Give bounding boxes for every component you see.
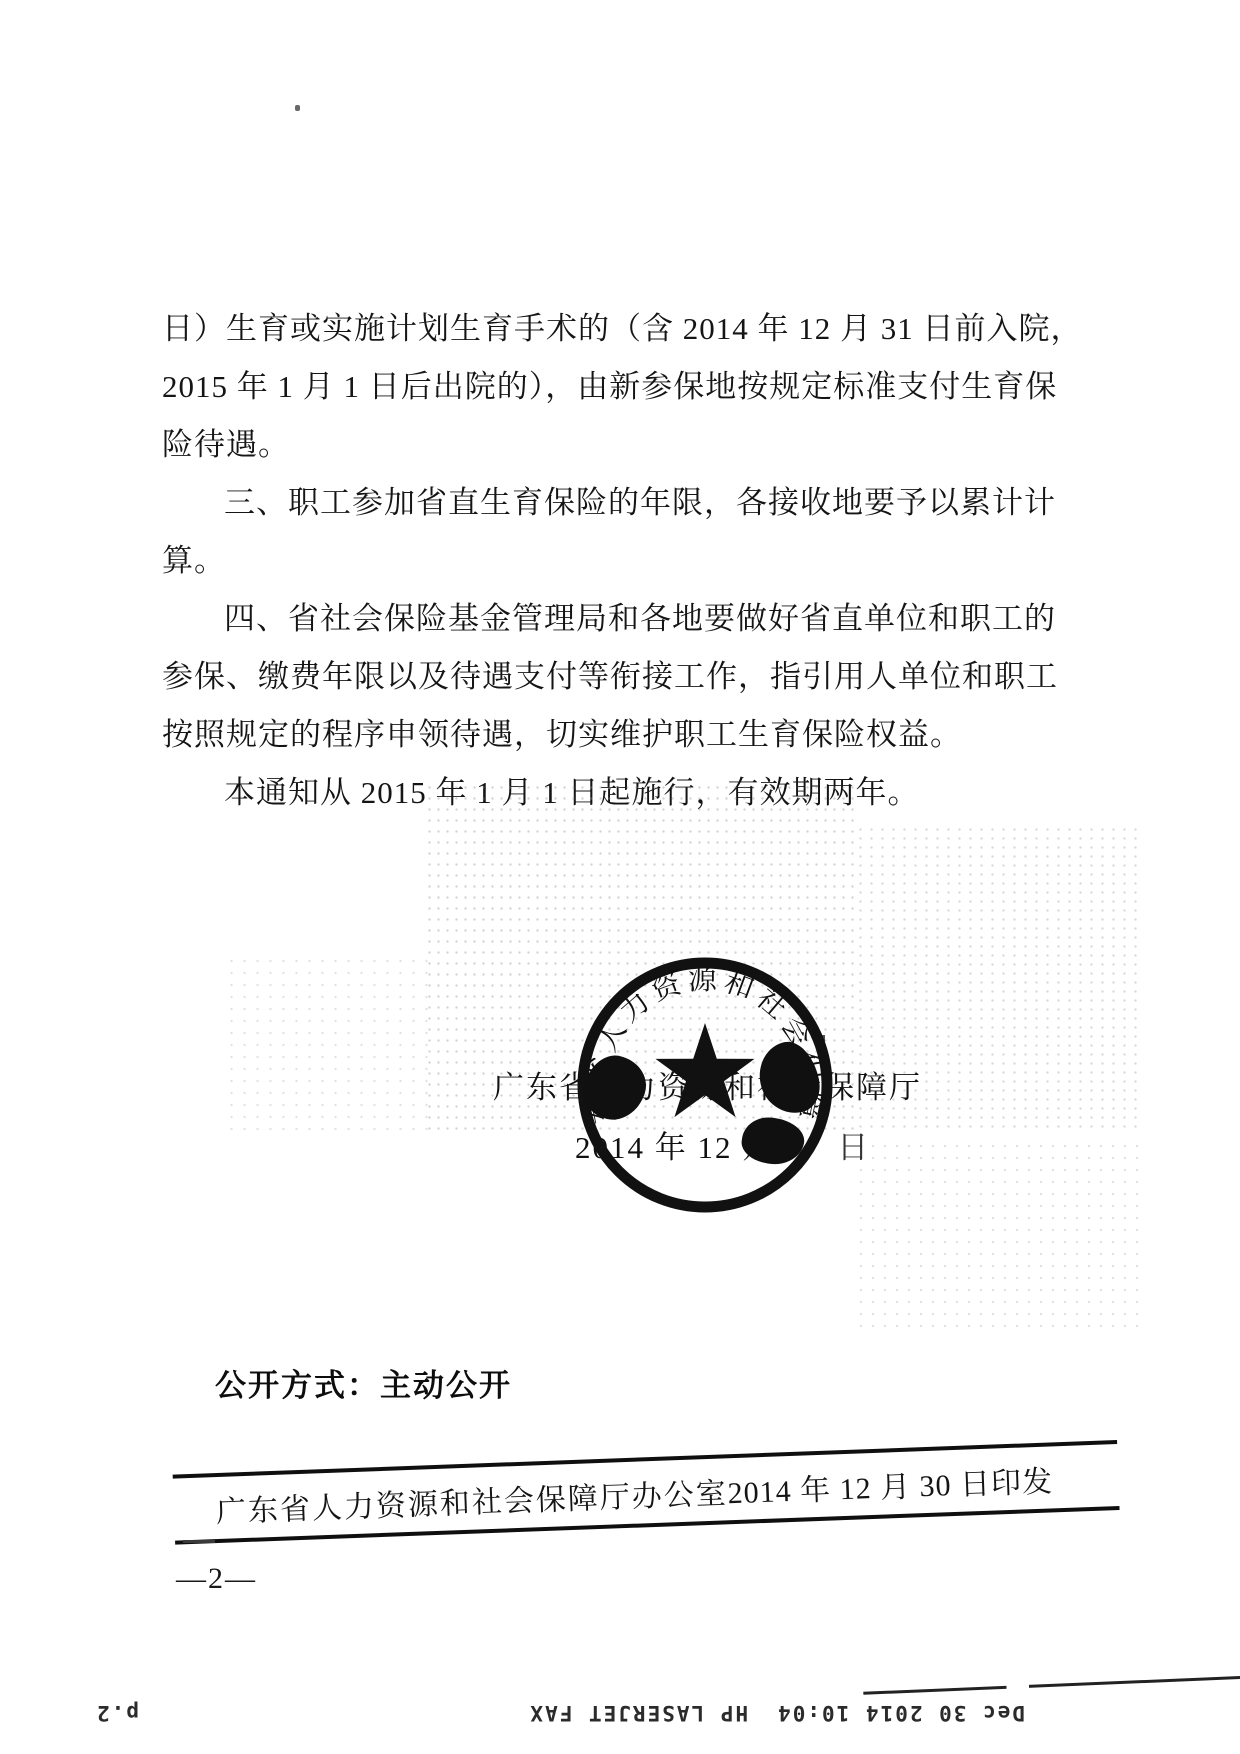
body-line: 参保、缴费年限以及待遇支付等衔接工作，指引用人单位和职工 <box>162 648 1077 706</box>
imprint-office: 广东省人力资源和社会保障厅办公室 <box>173 1468 728 1532</box>
page-number: —2— <box>176 1562 257 1596</box>
scan-speck <box>295 105 300 111</box>
fax-device: HP LASERJET FAX <box>528 1701 748 1725</box>
disclosure-label: 公开方式： <box>215 1368 380 1403</box>
body-line: 按照规定的程序申领待遇，切实维护职工生育保险权益。 <box>162 706 1077 764</box>
fax-rule-line <box>863 1676 1240 1695</box>
imprint-print-date: 2014 年 12 月 30 日印发 <box>727 1454 1132 1513</box>
body-line: 2015 年 1 月 1 日后出院的），由新参保地按规定标准支付生育保 <box>162 358 1077 416</box>
body-line: 日）生育或实施计划生育手术的（含 2014 年 12 月 31 日前入院， <box>162 300 1077 358</box>
signature-date-suffix: 日 <box>837 1122 870 1167</box>
body-line: 算。 <box>162 532 1077 590</box>
disclosure-line: 公开方式：主动公开 <box>215 1360 512 1405</box>
star-icon <box>656 1023 755 1117</box>
scan-mark <box>183 1540 215 1543</box>
fax-header: Dec 30 2014 10:04 HP LASERJET FAX p.2 <box>95 1698 1025 1728</box>
disclosure-value: 主动公开 <box>380 1368 512 1403</box>
fax-page-number: p.2 <box>95 1701 139 1725</box>
body-line: 险待遇。 <box>162 416 1077 474</box>
scan-noise-patch <box>855 1140 1140 1335</box>
body-line: 三、职工参加省直生育保险的年限，各接收地要予以累计计 <box>162 474 1077 532</box>
body-line: 四、省社会保险基金管理局和各地要做好省直单位和职工的 <box>162 590 1077 648</box>
scan-noise-patch <box>225 955 430 1130</box>
imprint-footer: 广东省人力资源和社会保障厅办公室 2014 年 12 月 30 日印发 <box>173 1440 1120 1545</box>
fax-timestamp: Dec 30 2014 10:04 <box>776 1701 1025 1725</box>
document-body: 日）生育或实施计划生育手术的（含 2014 年 12 月 31 日前入院， 20… <box>162 300 1077 822</box>
body-line: 本通知从 2015 年 1 月 1 日起施行，有效期两年。 <box>162 764 1077 822</box>
